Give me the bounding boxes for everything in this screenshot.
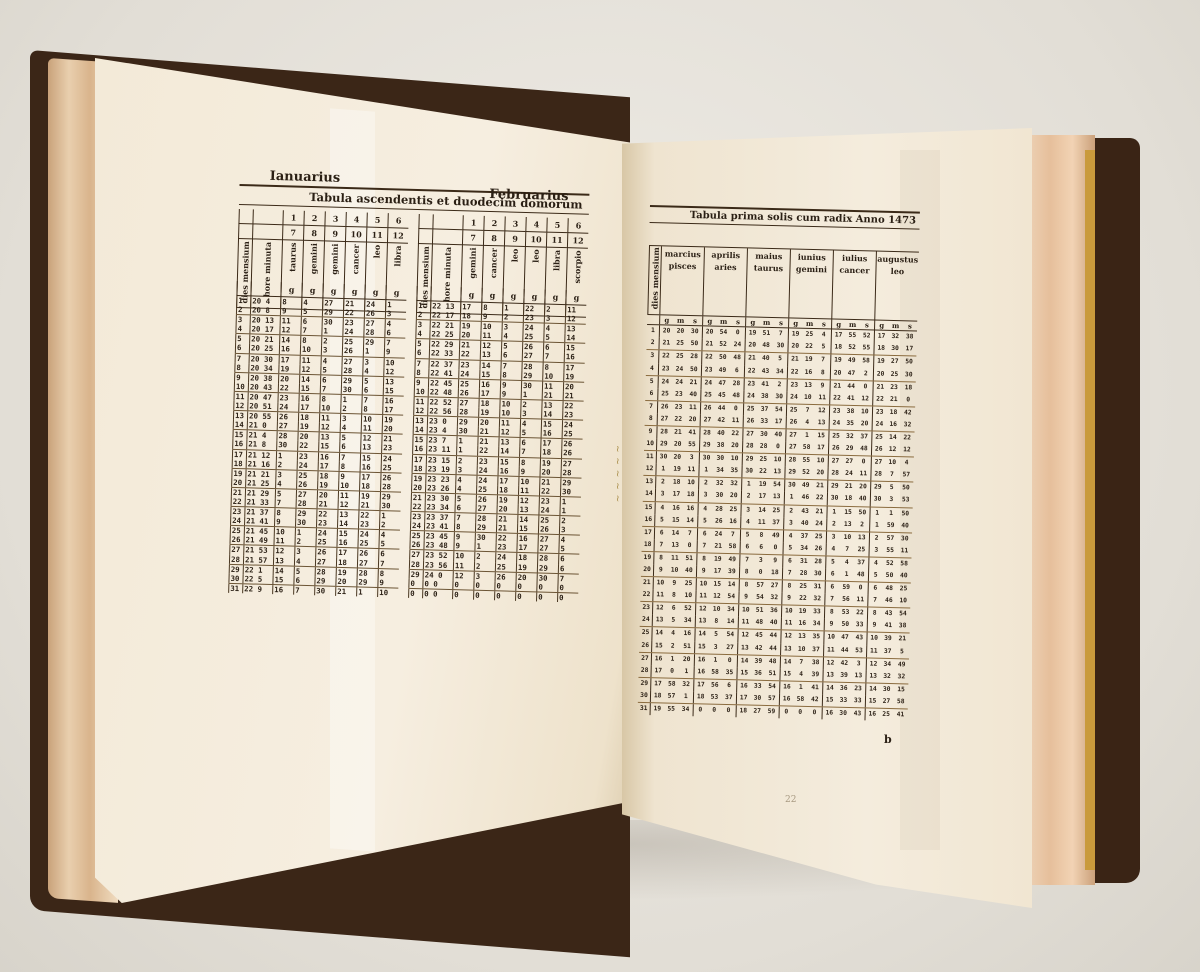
table-cell: 47 — [844, 367, 859, 379]
table-cell: 28 — [457, 407, 478, 417]
table-cell: 57 — [664, 690, 679, 702]
table-cell: 28 — [699, 427, 714, 439]
running-head-february: Februarius — [489, 187, 569, 204]
table-cell: 1 — [698, 465, 713, 477]
table-cell: 34 — [678, 704, 693, 716]
table-cell: 2 — [772, 379, 787, 391]
table-cell: 15 — [318, 442, 339, 452]
unit-label: g — [544, 290, 565, 306]
table-cell: 14 — [724, 579, 739, 591]
table-cell: 17 — [874, 331, 889, 343]
table-cell: 27 — [742, 428, 757, 440]
table-cell: 22 — [900, 432, 915, 444]
table-cell: 8 — [782, 580, 797, 592]
house-number: 1 — [282, 210, 303, 226]
table-cell: 23 — [786, 379, 801, 391]
table-cell: 28 — [712, 503, 727, 515]
table-cell: 35 — [722, 667, 737, 679]
table-cell: 4 — [740, 516, 755, 528]
table-cell: 10 — [885, 457, 900, 469]
table-cell: 20 43 — [248, 382, 278, 392]
table-cell: 26 — [871, 444, 886, 456]
table-cell: 9 — [377, 578, 398, 588]
table-cell: 20 — [335, 577, 356, 587]
table-cell: 20 — [411, 483, 425, 492]
table-cell: 0 — [515, 592, 536, 602]
table-cell: 9 — [824, 619, 839, 631]
table-cell: 32 — [880, 671, 895, 683]
table-cell: 16 — [669, 502, 684, 514]
table-cell: 23 41 — [424, 521, 454, 531]
table-cell: 17 — [516, 543, 537, 553]
table-cell: 30 — [560, 487, 581, 497]
table-cell: 25 — [700, 389, 715, 401]
table-cell: 34 — [680, 615, 695, 627]
table-cell: 49 — [894, 659, 909, 671]
table-cell: 26 — [786, 416, 801, 428]
table-cell: 21 57 — [243, 555, 273, 565]
table-cell: 10 — [542, 371, 563, 381]
table-cell: 25 — [802, 329, 817, 341]
table-cell: 11 — [738, 617, 753, 629]
table-cell: 48 — [882, 583, 897, 595]
sign-name: aries — [704, 260, 746, 273]
table-cell: 38 — [758, 390, 773, 402]
table-cell: 16 — [779, 681, 794, 693]
table-cell: 3 — [520, 409, 541, 419]
day-cell: 28 — [638, 665, 650, 677]
sign-label: gemini — [329, 244, 340, 275]
table-cell: 57 — [764, 693, 779, 705]
table-cell: 10 — [696, 578, 711, 590]
table-cell: 18 — [693, 691, 708, 703]
table-cell: 21 — [335, 587, 356, 597]
table-cell: 27 — [357, 558, 378, 568]
table-cell: 21 — [411, 493, 425, 502]
house-number: 7 — [282, 225, 303, 241]
table-cell: 14 — [651, 628, 666, 640]
table-cell: 43 — [852, 633, 867, 645]
table-cell: 7 — [320, 384, 341, 394]
table-cell: 23 4 — [427, 426, 457, 436]
sign-label: cancer — [488, 248, 499, 278]
table-cell: 31 — [810, 581, 825, 593]
table-cell: 43 — [881, 608, 896, 620]
table-cell: 13 — [737, 642, 752, 654]
day-cell: 15 — [642, 501, 654, 513]
table-cell: 25 — [562, 429, 583, 439]
table-cell: 50 — [838, 619, 853, 631]
table-cell: 5 — [558, 544, 579, 554]
month-name: iulius — [834, 252, 876, 265]
table-cell: 10 — [866, 633, 881, 645]
table-cell: 55 — [859, 342, 874, 354]
table-cell: 5 — [782, 542, 797, 554]
table-cell: 26 — [409, 540, 423, 549]
table-cell: 17 — [412, 454, 426, 463]
day-cell: 11 — [644, 451, 656, 463]
table-cell: 48 — [752, 617, 767, 629]
table-cell: 11 — [781, 618, 796, 630]
table-cell: 17 — [736, 692, 751, 704]
table-cell: 17 — [902, 344, 917, 356]
table-cell: 8 — [867, 608, 882, 620]
table-cell: 5 — [740, 529, 755, 541]
table-cell: 53 — [852, 645, 867, 657]
table-cell: 2 — [869, 532, 884, 544]
table-cell: 28 — [656, 426, 671, 438]
table-cell: 57 — [753, 580, 768, 592]
sign-name: pisces — [661, 259, 703, 272]
table-cell: 55 — [664, 704, 679, 716]
unit-label: g — [788, 319, 803, 328]
day-cell: 18 — [642, 539, 654, 551]
table-cell: 3 — [684, 452, 699, 464]
table-cell: 19 — [650, 703, 665, 715]
table-cell: 20 — [540, 467, 561, 477]
table-cell: 2 — [294, 537, 315, 547]
table-cell: 5 — [543, 333, 564, 343]
table-cell: 37 — [854, 557, 869, 569]
table-cell: 43 — [798, 505, 813, 517]
table-cell: 15 — [841, 506, 856, 518]
table-cell: 24 — [230, 516, 244, 525]
table-cell: 1 — [456, 446, 477, 456]
table-cell: 16 — [795, 618, 810, 630]
table-cell: 13 — [413, 416, 427, 425]
table-cell: 44 — [714, 402, 729, 414]
table-cell: 14 — [541, 410, 562, 420]
table-cell: 34 — [772, 366, 787, 378]
table-cell: 10 — [794, 643, 809, 655]
table-cell: 26 — [743, 415, 758, 427]
table-cell: 44 — [837, 644, 852, 656]
table-cell: 20 — [813, 467, 828, 479]
month-rows: 120 4842721241220 8952922263320 13116302… — [228, 296, 406, 598]
table-cell: 30 — [699, 452, 714, 464]
table-cell: 30 — [901, 369, 916, 381]
table-cell: 20 34 — [248, 363, 278, 373]
table-cell: 30 — [773, 340, 788, 352]
table-cell: 20 — [787, 341, 802, 353]
table-cell: 22 5 — [242, 574, 272, 584]
table-cell: 21 — [872, 381, 887, 393]
table-cell: 48 — [759, 340, 774, 352]
table-cell: 26 — [561, 448, 582, 458]
table-cell: 0 0 — [422, 579, 452, 589]
table-cell: 3 — [385, 309, 406, 319]
table-cell: 25 — [726, 503, 741, 515]
sign-name: gemini — [790, 262, 832, 275]
table-cell: 4 — [816, 329, 831, 341]
table-cell: 20 — [679, 654, 694, 666]
table-cell: 10 — [667, 565, 682, 577]
unit-label: g — [364, 285, 385, 301]
house-number: 8 — [483, 231, 504, 247]
table-cell: 5 — [709, 629, 724, 641]
sign-name: leo — [876, 265, 918, 278]
table-cell: 7 — [739, 554, 754, 566]
table-cell: 13 — [795, 631, 810, 643]
table-cell: 24 — [701, 377, 716, 389]
table-cell: 12 — [885, 444, 900, 456]
table-cell: 28 — [229, 554, 243, 563]
table-cell: 22 — [796, 593, 811, 605]
table-cell: 22 — [278, 383, 299, 393]
table-cell: 18 — [497, 485, 518, 495]
table-cell: 4 — [697, 503, 712, 515]
table-cell: 18 — [886, 407, 901, 419]
sign-label: scorpio — [572, 250, 583, 283]
table-cell: 20 — [873, 368, 888, 380]
sign-name: taurus — [747, 261, 789, 274]
table-cell: 21 41 — [244, 516, 274, 526]
table-cell: 10 — [709, 604, 724, 616]
table-cell: 21 — [841, 481, 856, 493]
table-cell: 55 — [883, 545, 898, 557]
day-cell: 31 — [638, 703, 650, 715]
table-cell: 10 — [781, 606, 796, 618]
table-cell: 57 — [883, 533, 898, 545]
table-cell: 6 — [235, 343, 249, 352]
table-cell: 58 — [664, 678, 679, 690]
table-cell: 10 — [801, 391, 816, 403]
day-cell: 14 — [643, 488, 655, 500]
table-cell: 5 — [320, 365, 341, 375]
table-cell: 26 — [828, 442, 843, 454]
table-cell: 37 — [809, 644, 824, 656]
month-table-ianuarius: 123456789101112dies mensiumhore minutata… — [228, 209, 409, 598]
table-cell: 5 — [895, 646, 910, 658]
gilt-edge — [1085, 150, 1095, 870]
table-cell: 15 — [822, 694, 837, 706]
table-cell: 25 — [681, 578, 696, 590]
table-cell: 6 — [454, 503, 475, 513]
table-cell: 46 — [882, 595, 897, 607]
table-cell: 7 — [885, 469, 900, 481]
table-cell: 1 — [793, 681, 808, 693]
table-cell: 25 — [887, 368, 902, 380]
table-cell: 21 49 — [243, 536, 273, 546]
table-cell: 5 — [235, 334, 249, 343]
table-cell: 29 — [322, 307, 343, 317]
table-cell: 2 — [855, 519, 870, 531]
table-cell: 49 — [768, 530, 783, 542]
unit-label: s — [817, 319, 832, 328]
table-cell: 17 — [232, 449, 246, 458]
table-cell: 26 — [296, 479, 317, 489]
table-cell: 6 — [558, 564, 579, 574]
table-cell: 46 — [798, 492, 813, 504]
table-cell: 49 — [798, 480, 813, 492]
table-cell: 21 8 — [246, 440, 276, 450]
table-cell: 17 — [710, 566, 725, 578]
table-cell: 21 25 — [245, 478, 275, 488]
table-cell: 9 — [500, 389, 521, 399]
table-cell: 23 — [562, 410, 583, 420]
table-cell: 25 — [796, 581, 811, 593]
table-cell: 22 9 — [242, 584, 272, 594]
table-cell: 16 — [232, 439, 246, 448]
table-cell: 30 — [656, 451, 671, 463]
house-number: 12 — [567, 233, 588, 249]
table-cell: 10 — [234, 382, 248, 391]
table-cell: 23 — [658, 363, 673, 375]
day-cell: 1 — [647, 325, 659, 337]
house-number: 11 — [366, 228, 387, 244]
table-cell: 19 — [755, 479, 770, 491]
table-cell: 17 — [318, 461, 339, 471]
table-cell: 0 — [807, 707, 822, 719]
table-cell: 24 — [812, 518, 827, 530]
day-cell: 21 — [641, 577, 653, 589]
sign-label: gemini — [467, 247, 478, 278]
side-label: hore minuta — [261, 242, 273, 298]
table-cell: 40 — [766, 617, 781, 629]
table-cell: 21 — [231, 488, 245, 497]
table-cell: 58 — [793, 694, 808, 706]
day-cell: 7 — [645, 401, 657, 413]
table-cell: 23 48 — [423, 541, 453, 551]
table-cell: 1 — [869, 519, 884, 531]
table-cell: 41 — [685, 427, 700, 439]
table-cell: 24 — [786, 391, 801, 403]
table-cell: 25 — [673, 338, 688, 350]
table-cell: 19 — [231, 469, 245, 478]
table-cell: 32 — [679, 679, 694, 691]
table-cell: 11 — [815, 392, 830, 404]
table-cell: 51 — [759, 328, 774, 340]
table-cell: 30 — [380, 501, 401, 511]
table-cell: 27 — [871, 457, 886, 469]
table-cell: 10 — [684, 477, 699, 489]
table-cell: 11 — [361, 424, 382, 434]
table-cell: 20 — [670, 439, 685, 451]
table-cell: 3 — [321, 346, 342, 356]
house-number: 3 — [324, 211, 345, 227]
table-cell: 6 — [293, 575, 314, 585]
table-cell: 52 — [859, 330, 874, 342]
table-cell: 14 — [737, 655, 752, 667]
table-cell: 19 — [516, 562, 537, 572]
table-cell: 12 — [383, 367, 404, 377]
table-cell: 47 — [838, 632, 853, 644]
table-cell: 6 — [825, 568, 840, 580]
table-cell: 37 — [880, 645, 895, 657]
table-cell: 27 — [828, 456, 843, 468]
table-cell: 26 — [657, 401, 672, 413]
table-cell: 36 — [836, 683, 851, 695]
table-cell: 25 — [854, 544, 869, 556]
table-cell: 30 — [784, 480, 799, 492]
unit-label: g — [280, 282, 301, 298]
table-cell: 58 — [893, 696, 908, 708]
table-cell: 18 — [232, 458, 246, 467]
table-cell: 30 — [888, 343, 903, 355]
table-cell: 37 — [757, 403, 772, 415]
table-cell: 50 — [899, 483, 914, 495]
table-cell: 27 — [723, 641, 738, 653]
table-cell: 14 — [723, 616, 738, 628]
table-cell: 23 — [887, 381, 902, 393]
table-cell: 17 — [298, 403, 319, 413]
table-cell: 25 — [879, 709, 894, 721]
table-cell: 20 51 — [247, 401, 277, 411]
table-cell: 21 — [787, 354, 802, 366]
table-cell: 31 — [228, 584, 242, 593]
table-cell: 29 — [784, 467, 799, 479]
table-cell: 18 — [336, 557, 357, 567]
unit-label: m — [759, 318, 774, 327]
table-cell: 25 — [769, 505, 784, 517]
table-cell: 13 — [695, 616, 710, 628]
signature-mark: b — [884, 733, 892, 746]
table-cell: 32 — [767, 592, 782, 604]
table-cell: 25 — [495, 562, 516, 572]
table-cell: 19 — [711, 553, 726, 565]
table-cell: 10 — [338, 481, 359, 491]
table-cell: 20 — [857, 418, 872, 430]
table-cell: 25 — [657, 388, 672, 400]
sign-labels: dies mensiumhore minutataurusgeminigemin… — [237, 239, 408, 286]
table-cell: 35 — [809, 631, 824, 643]
table-cell: 13 — [233, 411, 247, 420]
table-cell: 14 — [694, 629, 709, 641]
table-cell: 28 — [756, 441, 771, 453]
table-cell: 6 — [362, 385, 383, 395]
table-cell: 2 — [502, 312, 523, 322]
table-cell: 29 — [827, 481, 842, 493]
table-cell: 30 — [314, 586, 335, 596]
table-cell: 30 — [750, 693, 765, 705]
table-cell: 40 — [758, 353, 773, 365]
table-cell: 13 — [854, 532, 869, 544]
table-cell: 10 — [858, 406, 873, 418]
table-cell: 42 — [807, 694, 822, 706]
table-cell: 11 — [856, 468, 871, 480]
sign-label: leo — [509, 249, 519, 263]
spacer — [647, 315, 659, 324]
table-cell: 13 — [273, 556, 294, 566]
table-cell: 24 — [842, 468, 857, 480]
table-cell: 10 — [738, 605, 753, 617]
table-cell: 21 — [686, 377, 701, 389]
sign-label: taurus — [287, 242, 298, 272]
table-cell: 54 — [724, 591, 739, 603]
table-cell: 7 — [275, 498, 296, 508]
table-cell: 23 — [230, 507, 244, 516]
house-number: 5 — [366, 213, 387, 229]
table-cell: 3 — [544, 314, 565, 324]
table-cell: 16 — [694, 654, 709, 666]
unit-label: g — [831, 320, 846, 329]
table-cell: 25 — [230, 526, 244, 535]
house-number: 9 — [504, 231, 525, 247]
day-cell: 2 — [646, 337, 658, 349]
table-cell: 3 — [456, 465, 477, 475]
unit-label: g — [343, 284, 364, 300]
table-cell: 6 — [384, 328, 405, 338]
table-cell: 42 — [837, 657, 852, 669]
table-cell: 29 — [521, 371, 542, 381]
unit-label: m — [716, 317, 731, 326]
day-cell: 26 — [639, 639, 651, 651]
table-cell: 12 — [858, 393, 873, 405]
table-cell: 49 — [725, 554, 740, 566]
sign-label: gemini — [308, 243, 319, 274]
table-cell: 4 — [783, 530, 798, 542]
unit-label: g — [481, 288, 502, 304]
